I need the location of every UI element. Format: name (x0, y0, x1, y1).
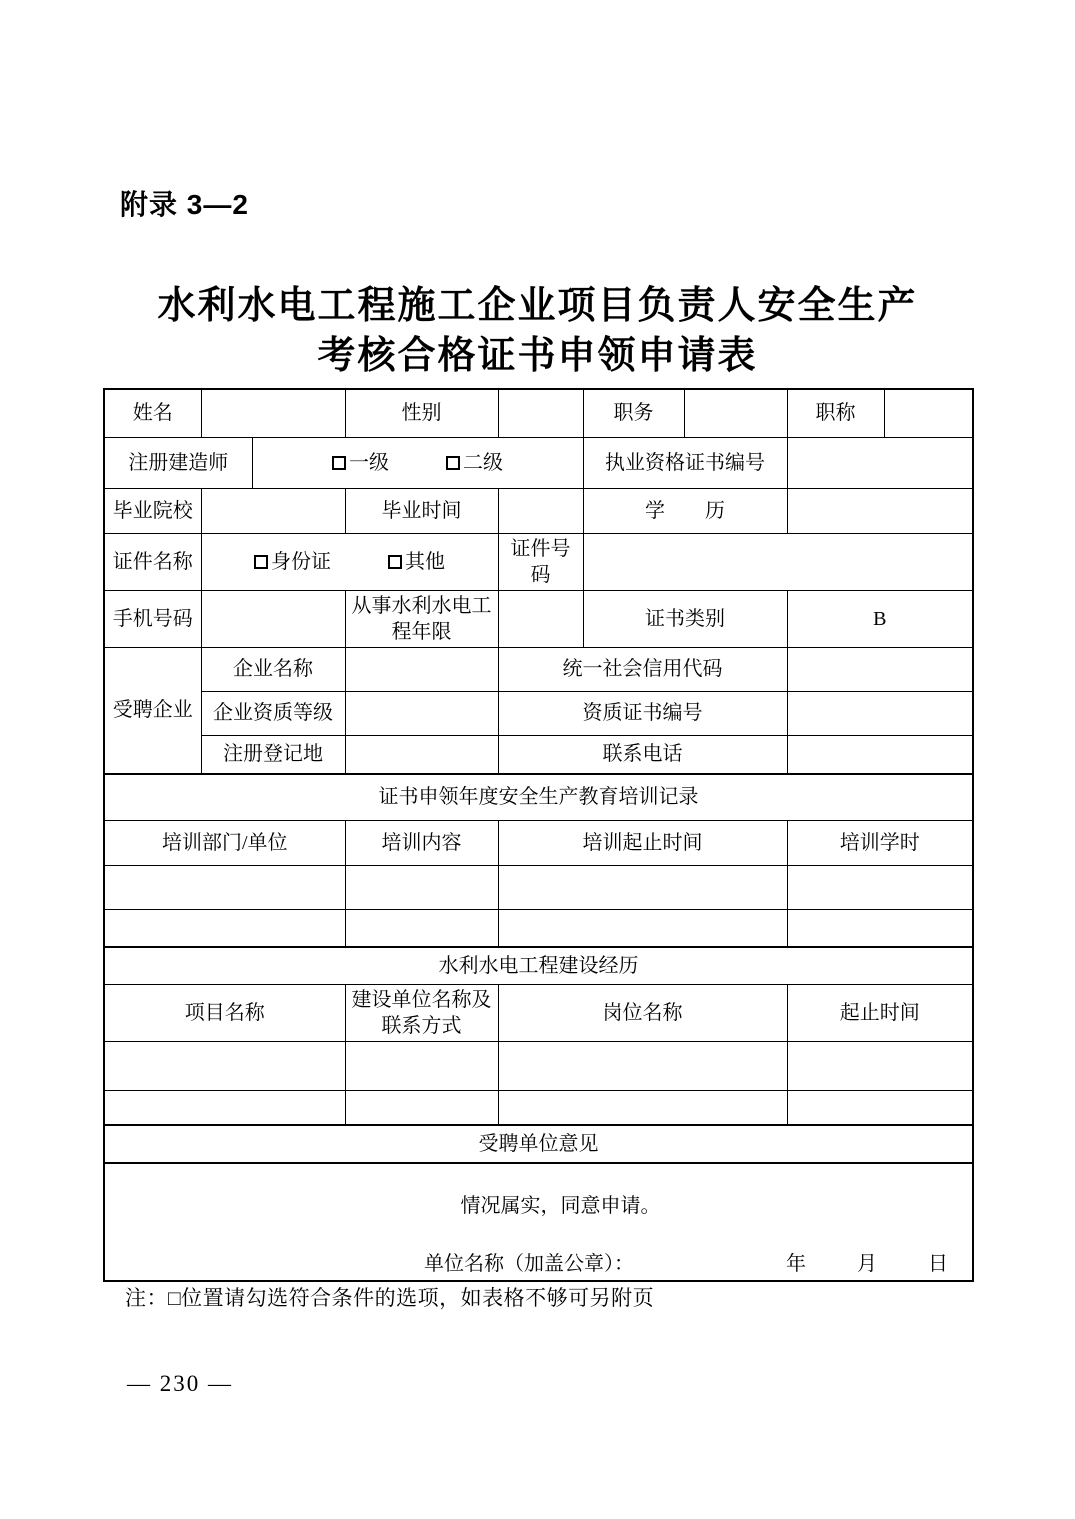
row-opinion-section-title: 受聘单位意见 (104, 1125, 973, 1163)
row-experience-headers: 项目名称 建设单位名称及联系方式 岗位名称 起止时间 (104, 984, 973, 1041)
practice-cert-no-value-cell (787, 437, 973, 488)
date-month-label: 月 (857, 1251, 877, 1277)
experience-row-blank-1 (104, 1041, 973, 1090)
experience-cell (104, 1041, 345, 1090)
gender-value-cell (498, 389, 583, 437)
checkbox-level2-icon (446, 456, 460, 470)
registered-place-label: 注册登记地 (201, 735, 345, 774)
experience-cell (498, 1041, 787, 1090)
training-section-title: 证书申领年度安全生产教育培训记录 (104, 774, 973, 820)
experience-cell (787, 1041, 973, 1090)
other-label: 其他 (405, 551, 445, 573)
other-option: 其他 (388, 551, 445, 573)
industry-years-label: 从事水利水电工程年限 (345, 590, 498, 647)
row-basic-identity: 姓名 性别 职务 职称 (104, 389, 973, 437)
graduate-time-value-cell (498, 488, 583, 533)
row-education: 毕业院校 毕业时间 学 历 (104, 488, 973, 533)
experience-header-project: 项目名称 (104, 984, 345, 1041)
credit-code-label: 统一社会信用代码 (498, 647, 787, 691)
contact-phone-value-cell (787, 735, 973, 774)
practice-cert-no-label: 执业资格证书编号 (583, 437, 787, 488)
cert-type-options-cell: 身份证 其他 (201, 533, 498, 590)
experience-section-title: 水利水电工程建设经历 (104, 947, 973, 984)
training-cell (787, 865, 973, 909)
experience-cell (498, 1090, 787, 1125)
credit-code-value-cell (787, 647, 973, 691)
row-opinion-content: 情况属实，同意申请。 单位名称（加盖公章）： 年 月 日 (104, 1163, 973, 1281)
id-card-label: 身份证 (271, 551, 331, 573)
cert-no-value-cell (583, 533, 973, 590)
page-title-line2: 考核合格证书申领申请表 (0, 331, 1075, 381)
cert-category-value: B (787, 590, 973, 647)
qualification-cert-no-value-cell (787, 691, 973, 735)
company-name-label: 企业名称 (201, 647, 345, 691)
training-row-blank-2 (104, 909, 973, 947)
employer-group-label: 受聘企业 (104, 647, 201, 774)
experience-header-owner: 建设单位名称及联系方式 (345, 984, 498, 1041)
level1-label: 一级 (349, 452, 389, 474)
registered-place-value-cell (345, 735, 498, 774)
row-training-headers: 培训部门/单位 培训内容 培训起止时间 培训学时 (104, 820, 973, 865)
qualification-cert-no-label: 资质证书编号 (498, 691, 787, 735)
company-name-value-cell (345, 647, 498, 691)
row-employer-name: 受聘企业 企业名称 统一社会信用代码 (104, 647, 973, 691)
graduate-school-value-cell (201, 488, 345, 533)
checkbox-level1-icon (332, 456, 346, 470)
checkbox-id-card-icon (254, 555, 268, 569)
cert-no-label: 证件号码 (498, 533, 583, 590)
graduate-time-label: 毕业时间 (345, 488, 498, 533)
education-label: 学 历 (583, 488, 787, 533)
level2-option: 二级 (446, 452, 503, 474)
date-year-label: 年 (786, 1251, 806, 1277)
name-value-cell (201, 389, 345, 437)
prof-title-label: 职称 (787, 389, 884, 437)
row-certificate: 证件名称 身份证 其他 证件号码 (104, 533, 973, 590)
training-cell (498, 865, 787, 909)
registered-builder-label: 注册建造师 (104, 437, 252, 488)
seal-and-date-line: 单位名称（加盖公章）： 年 月 日 (109, 1251, 968, 1277)
experience-cell (787, 1090, 973, 1125)
training-cell (104, 909, 345, 947)
training-row-blank-1 (104, 865, 973, 909)
duty-label: 职务 (583, 389, 684, 437)
row-experience-section-title: 水利水电工程建设经历 (104, 947, 973, 984)
industry-years-value-cell (498, 590, 583, 647)
duty-value-cell (684, 389, 787, 437)
training-cell (787, 909, 973, 947)
level1-option: 一级 (332, 452, 389, 474)
gender-label: 性别 (345, 389, 498, 437)
seal-label: 单位名称（加盖公章）： (424, 1251, 634, 1277)
appendix-label: 附录 3—2 (120, 183, 249, 223)
qualification-level-label: 企业资质等级 (201, 691, 345, 735)
builder-level-options-cell: 一级 二级 (252, 437, 583, 488)
application-form-table: 姓名 性别 职务 职称 注册建造师 一级 二级 执业资格证书编号 毕业院校 毕业… (103, 388, 974, 1282)
experience-cell (104, 1090, 345, 1125)
date-group: 年 月 日 (786, 1251, 948, 1277)
graduate-school-label: 毕业院校 (104, 488, 201, 533)
mobile-value-cell (201, 590, 345, 647)
page-title: 水利水电工程施工企业项目负责人安全生产 考核合格证书申领申请表 (0, 281, 1075, 381)
experience-row-blank-2 (104, 1090, 973, 1125)
training-header-department: 培训部门/单位 (104, 820, 345, 865)
name-label: 姓名 (104, 389, 201, 437)
training-header-period: 培训起止时间 (498, 820, 787, 865)
training-cell (104, 865, 345, 909)
experience-cell (345, 1041, 498, 1090)
cert-name-label: 证件名称 (104, 533, 201, 590)
education-value-cell (787, 488, 973, 533)
training-cell (345, 909, 498, 947)
row-employer-registration: 注册登记地 联系电话 (104, 735, 973, 774)
opinion-section-title: 受聘单位意见 (104, 1125, 973, 1163)
qualification-level-value-cell (345, 691, 498, 735)
id-card-option: 身份证 (254, 551, 331, 573)
training-cell (345, 865, 498, 909)
row-registered-builder: 注册建造师 一级 二级 执业资格证书编号 (104, 437, 973, 488)
contact-phone-label: 联系电话 (498, 735, 787, 774)
page-number: — 230 — (127, 1371, 233, 1397)
training-cell (498, 909, 787, 947)
training-header-content: 培训内容 (345, 820, 498, 865)
opinion-content-cell: 情况属实，同意申请。 单位名称（加盖公章）： 年 月 日 (104, 1163, 973, 1281)
mobile-label: 手机号码 (104, 590, 201, 647)
training-header-hours: 培训学时 (787, 820, 973, 865)
row-mobile-category: 手机号码 从事水利水电工程年限 证书类别 B (104, 590, 973, 647)
prof-title-value-cell (884, 389, 973, 437)
row-employer-qualification: 企业资质等级 资质证书编号 (104, 691, 973, 735)
page-title-line1: 水利水电工程施工企业项目负责人安全生产 (0, 281, 1075, 331)
experience-cell (345, 1090, 498, 1125)
experience-header-period: 起止时间 (787, 984, 973, 1041)
experience-header-position: 岗位名称 (498, 984, 787, 1041)
footnote: 注：□位置请勾选符合条件的选项，如表格不够可另附页 (125, 1282, 654, 1312)
level2-label: 二级 (463, 452, 503, 474)
opinion-statement: 情况属实，同意申请。 (153, 1193, 968, 1219)
row-training-section-title: 证书申领年度安全生产教育培训记录 (104, 774, 973, 820)
cert-category-label: 证书类别 (583, 590, 787, 647)
document-page: 附录 3—2 水利水电工程施工企业项目负责人安全生产 考核合格证书申领申请表 姓… (0, 0, 1075, 1519)
checkbox-other-icon (388, 555, 402, 569)
date-day-label: 日 (928, 1251, 948, 1277)
